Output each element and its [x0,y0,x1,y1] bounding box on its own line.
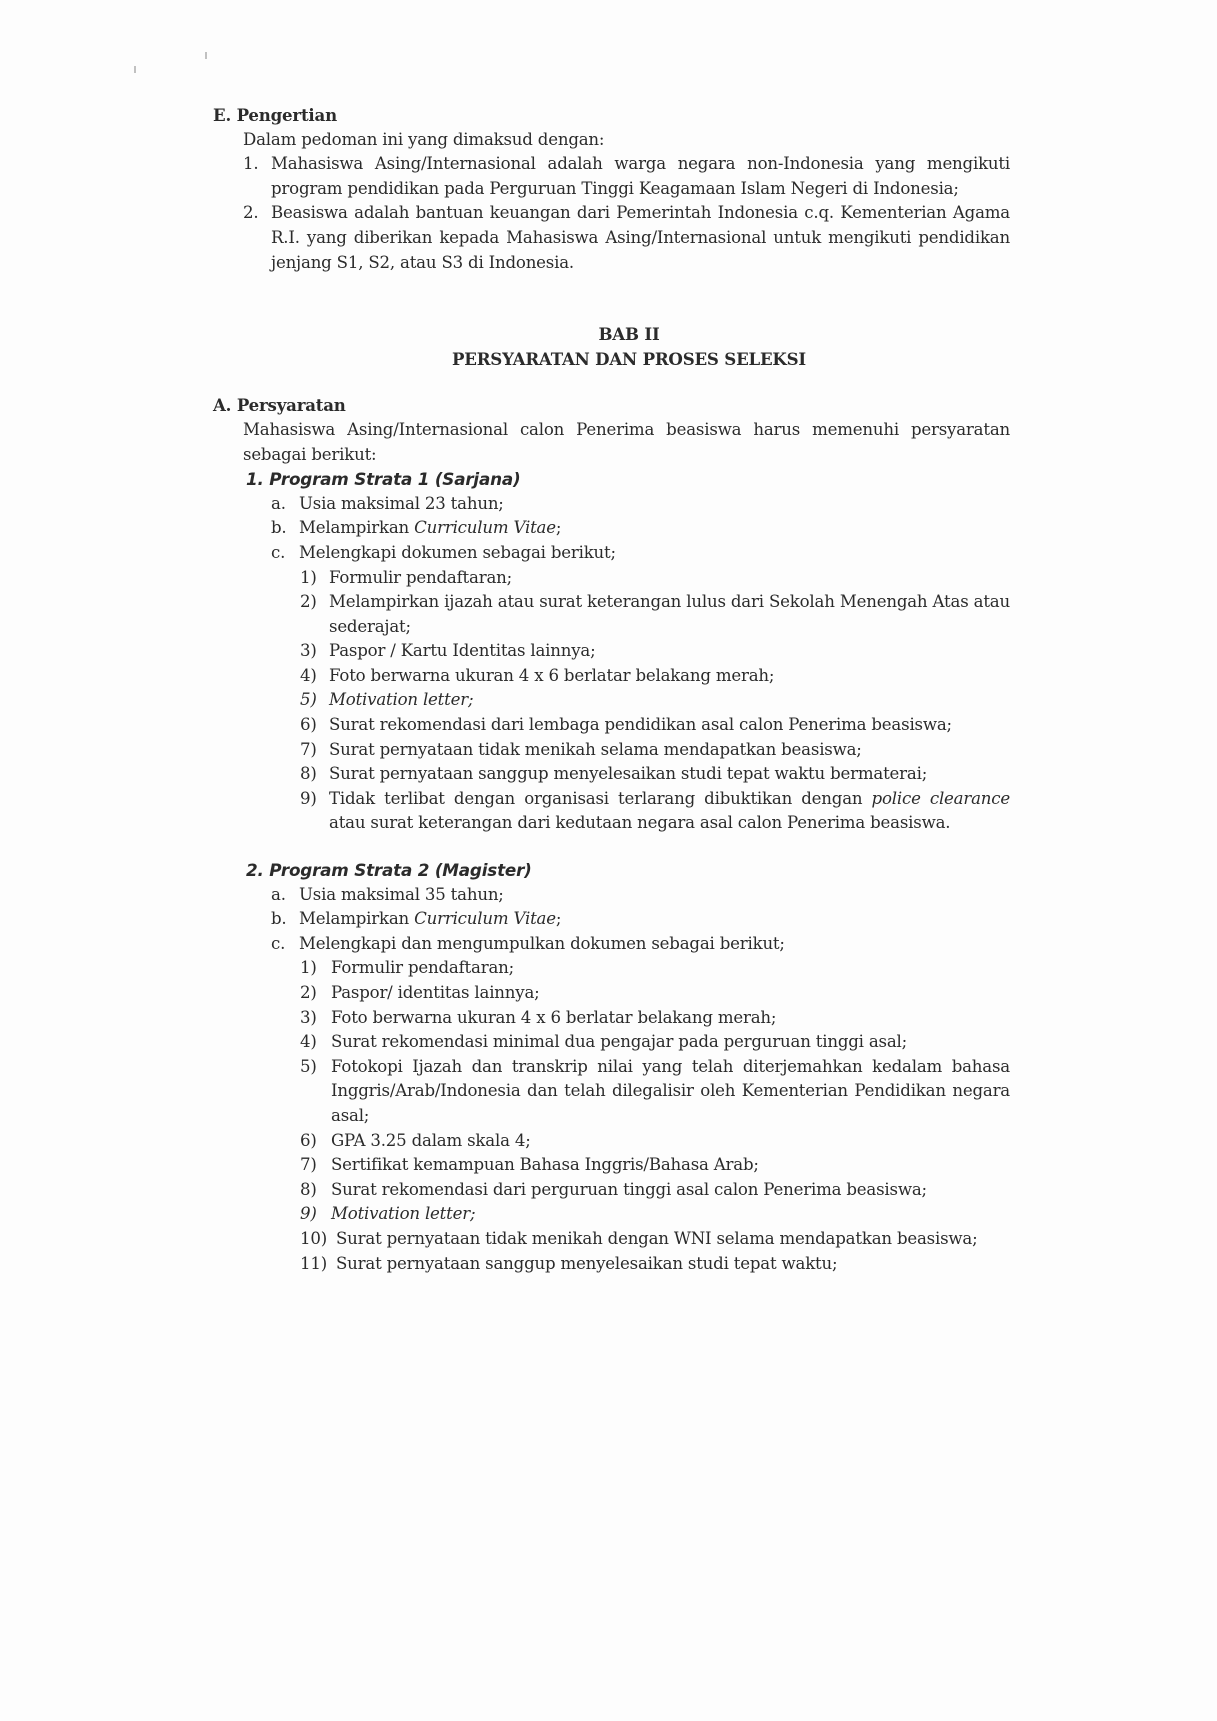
document-item: 11)Surat pernyataan sanggup menyelesaika… [300,1252,1010,1277]
chapter-title: PERSYARATAN DAN PROSES SELEKSI [248,347,1010,372]
item-text: Surat rekomendasi minimal dua pengajar p… [331,1030,1010,1055]
item-text: Surat pernyataan tidak menikah selama me… [329,738,1010,763]
item-number: 4) [300,664,329,689]
item-text: Motivation letter; [331,1202,1010,1227]
item-letter: a. [271,883,299,908]
item-text: Motivation letter; [329,688,1010,713]
item-text: Formulir pendaftaran; [329,566,1010,591]
item-number: 1. [243,152,271,201]
item-text: Foto berwarna ukuran 4 x 6 berlatar bela… [331,1006,1010,1031]
item-number: 3) [300,639,329,664]
item-text: Melengkapi dokumen sebagai berikut; [299,541,1010,566]
item-text: Melengkapi dan mengumpulkan dokumen seba… [299,932,1010,957]
item-number: 8) [300,762,329,787]
item-text: Paspor / Kartu Identitas lainnya; [329,639,1010,664]
item-number: 5) [300,688,329,713]
item-number: 5) [300,1055,331,1129]
item-number: 1) [300,956,331,981]
document-item: 7)Sertifikat kemampuan Bahasa Inggris/Ba… [300,1153,1010,1178]
document-item: 7)Surat pernyataan tidak menikah selama … [300,738,1010,763]
item-number: 4) [300,1030,331,1055]
item-number: 1) [300,566,329,591]
item-text: Tidak terlibat dengan organisasi terlara… [329,787,1010,836]
item-number: 2) [300,981,331,1006]
document-item: 3)Foto berwarna ukuran 4 x 6 berlatar be… [300,1006,1010,1031]
item-text: Usia maksimal 35 tahun; [299,883,1010,908]
requirement-item: b. Melampirkan Curriculum Vitae; [271,516,1010,541]
item-number: 11) [300,1252,336,1277]
definition-item: 1. Mahasiswa Asing/Internasional adalah … [243,152,1010,201]
section-e-heading: E. Pengertian [213,103,1010,128]
item-text: Melampirkan Curriculum Vitae; [299,516,1010,541]
item-text: Paspor/ identitas lainnya; [331,981,1010,1006]
document-item: 2)Melampirkan ijazah atau surat keterang… [300,590,1010,639]
item-text: Surat pernyataan sanggup menyelesaikan s… [336,1252,1010,1277]
item-number: 6) [300,713,329,738]
item-letter: c. [271,932,299,957]
document-item: 9)Motivation letter; [300,1202,1010,1227]
document-item: 1)Formulir pendaftaran; [300,566,1010,591]
document-body: E. Pengertian Dalam pedoman ini yang dim… [213,103,1010,1276]
item-number: 8) [300,1178,331,1203]
document-item: 3)Paspor / Kartu Identitas lainnya; [300,639,1010,664]
item-text: Usia maksimal 23 tahun; [299,492,1010,517]
item-text: Fotokopi Ijazah dan transkrip nilai yang… [331,1055,1010,1129]
item-number: 6) [300,1129,331,1154]
document-item: 8)Surat pernyataan sanggup menyelesaikan… [300,762,1010,787]
item-text: Mahasiswa Asing/Internasional adalah war… [271,152,1010,201]
document-item: 4)Foto berwarna ukuran 4 x 6 berlatar be… [300,664,1010,689]
requirement-item: a. Usia maksimal 23 tahun; [271,492,1010,517]
document-item: 6)Surat rekomendasi dari lembaga pendidi… [300,713,1010,738]
definition-item: 2. Beasiswa adalah bantuan keuangan dari… [243,201,1010,275]
requirement-item: c. Melengkapi dan mengumpulkan dokumen s… [271,932,1010,957]
document-item: 8)Surat rekomendasi dari perguruan tingg… [300,1178,1010,1203]
item-number: 10) [300,1227,336,1252]
scan-artifact-mark [205,52,207,59]
item-text: Melampirkan Curriculum Vitae; [299,907,1010,932]
requirement-item: c. Melengkapi dokumen sebagai berikut; [271,541,1010,566]
item-text: Sertifikat kemampuan Bahasa Inggris/Baha… [331,1153,1010,1178]
item-number: 9) [300,787,329,836]
requirement-item: b. Melampirkan Curriculum Vitae; [271,907,1010,932]
item-text: Surat pernyataan tidak menikah dengan WN… [336,1227,1010,1252]
scan-artifact-mark [134,66,136,73]
section-a-intro: Mahasiswa Asing/Internasional calon Pene… [243,418,1010,467]
item-letter: b. [271,516,299,541]
item-text: Formulir pendaftaran; [331,956,1010,981]
item-letter: a. [271,492,299,517]
item-number: 7) [300,1153,331,1178]
item-number: 2. [243,201,271,275]
document-item: 6)GPA 3.25 dalam skala 4; [300,1129,1010,1154]
item-number: 7) [300,738,329,763]
chapter-number: BAB II [248,322,1010,347]
document-item: 10)Surat pernyataan tidak menikah dengan… [300,1227,1010,1252]
item-number: 3) [300,1006,331,1031]
item-number: 2) [300,590,329,639]
document-item: 5)Fotokopi Ijazah dan transkrip nilai ya… [300,1055,1010,1129]
document-item: 4)Surat rekomendasi minimal dua pengajar… [300,1030,1010,1055]
requirement-item: a. Usia maksimal 35 tahun; [271,883,1010,908]
item-text: Surat rekomendasi dari perguruan tinggi … [331,1178,1010,1203]
item-letter: c. [271,541,299,566]
program-s2-title: 2. Program Strata 2 (Magister) [246,858,1010,883]
document-item: 1)Formulir pendaftaran; [300,956,1010,981]
section-a-heading: A. Persyaratan [213,393,1010,418]
document-item: 5)Motivation letter; [300,688,1010,713]
document-item: 9)Tidak terlibat dengan organisasi terla… [300,787,1010,836]
item-letter: b. [271,907,299,932]
document-item: 2)Paspor/ identitas lainnya; [300,981,1010,1006]
section-e-intro: Dalam pedoman ini yang dimaksud dengan: [243,128,1010,153]
item-number: 9) [300,1202,331,1227]
item-text: Beasiswa adalah bantuan keuangan dari Pe… [271,201,1010,275]
item-text: Surat pernyataan sanggup menyelesaikan s… [329,762,1010,787]
item-text: Surat rekomendasi dari lembaga pendidika… [329,713,1010,738]
item-text: Foto berwarna ukuran 4 x 6 berlatar bela… [329,664,1010,689]
document-page: E. Pengertian Dalam pedoman ini yang dim… [0,0,1217,1721]
item-text: Melampirkan ijazah atau surat keterangan… [329,590,1010,639]
item-text: GPA 3.25 dalam skala 4; [331,1129,1010,1154]
program-s1-title: 1. Program Strata 1 (Sarjana) [246,467,1010,492]
